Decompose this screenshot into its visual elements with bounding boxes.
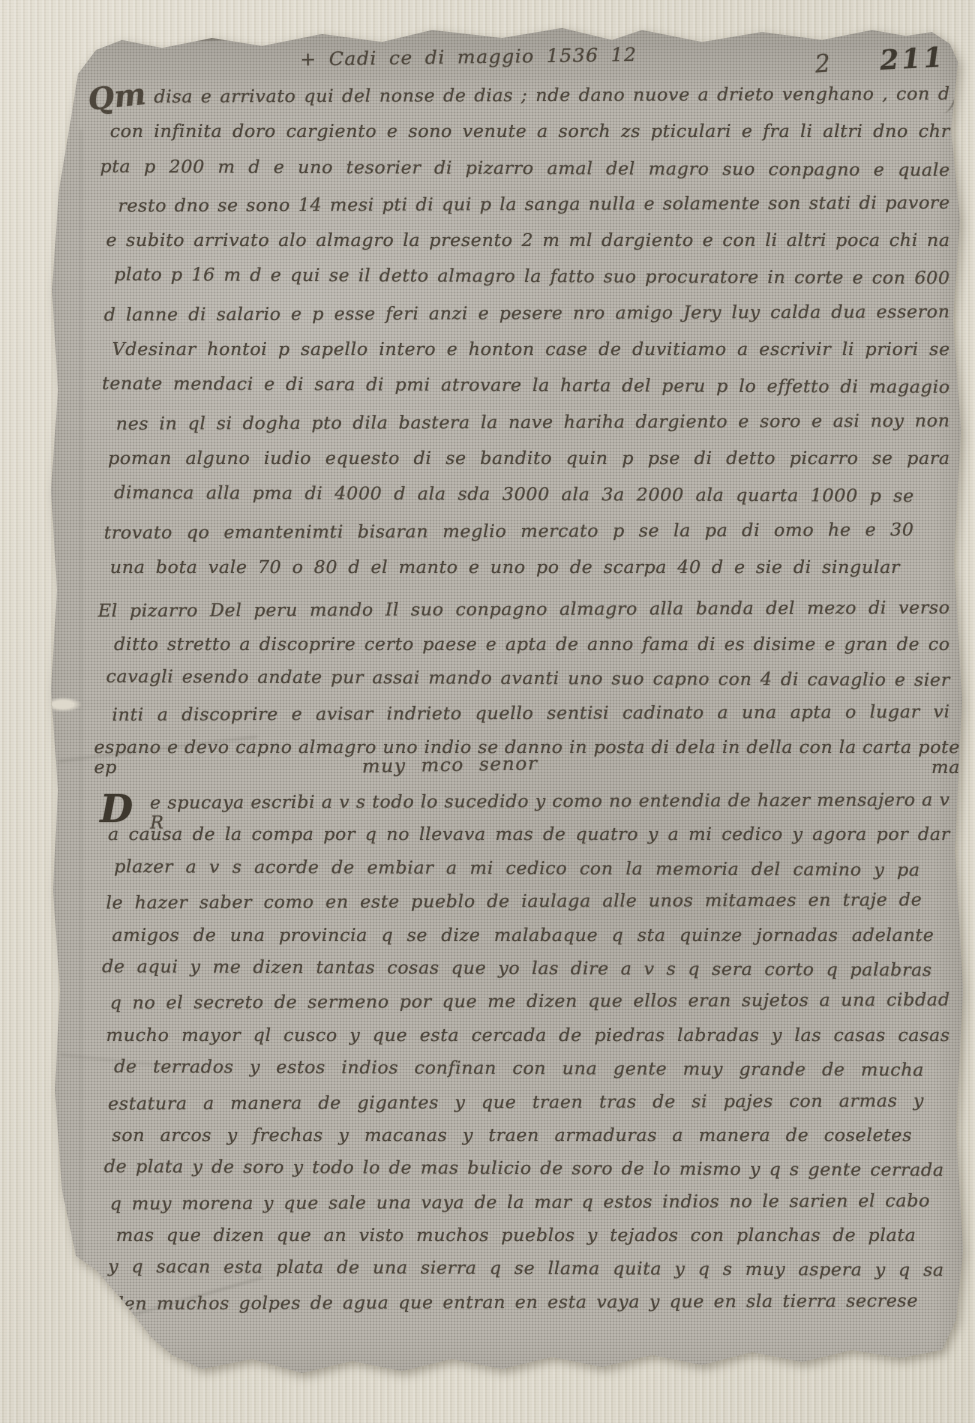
salutation: muy mco senor: [362, 752, 538, 777]
paragraph-spanish: e spucaya escribi a v s todo lo sucedido…: [104, 792, 950, 1326]
manuscript-line: de terrados y estos indios confinan con …: [114, 1057, 924, 1094]
manuscript-line: de plata y de soro y todo lo de mas buli…: [104, 1157, 944, 1194]
manuscript-line: plato p 16 m d e qui se il detto almagro…: [114, 266, 950, 306]
manuscript-photo: + Cadi ce di maggio 1536 12 2 211 Qm dis…: [0, 0, 975, 1423]
manuscript-line: plazer a v s acorde de embiar a mi cedic…: [114, 857, 920, 894]
manuscript-line: mas que dizen que an visto muchos pueblo…: [116, 1226, 916, 1259]
manuscript-line: Vdesinar hontoi p sapello intero e honto…: [112, 340, 950, 376]
manuscript-line: tenate mendaci e di sara di pmi atrovare…: [102, 375, 950, 415]
manuscript-line: dimanca alla pma di 4000 d ala sda 3000 …: [114, 484, 914, 524]
manuscript-line: mucho mayor ql cusco y que esta cercada …: [106, 1026, 950, 1059]
paragraph-italian-2: El pizarro Del peru mando Il suo conpagn…: [104, 600, 950, 773]
manuscript-line: d lanne di salario e p esse feri anzi e …: [104, 302, 950, 342]
paper-sheet: + Cadi ce di maggio 1536 12 2 211 Qm dis…: [0, 0, 975, 1423]
manuscript-line: cavagli esendo andate pur assai mando av…: [106, 667, 950, 705]
manuscript-line: de aqui y me dizen tantas cosas que yo l…: [102, 957, 932, 994]
manuscript-line: a causa de la compa por q no llevava mas…: [108, 825, 950, 858]
bottom-edge-stroke: [822, 1361, 960, 1366]
manuscript-line: una bota vale 70 o 80 d el manto e uno p…: [110, 558, 900, 594]
manuscript-line: e spucaya escribi a v s todo lo sucedido…: [150, 790, 950, 826]
manuscript-line: nes in ql si dogha pto dila bastera la n…: [116, 411, 950, 450]
folio-number-large: 211: [879, 42, 946, 76]
folio-number-small: 2: [814, 50, 831, 79]
manuscript-line: resto dno se sono 14 mesi pti di qui p l…: [118, 193, 950, 232]
dateline: + Cadi ce di maggio 1536 12: [300, 43, 670, 70]
manuscript-line: pta p 200 m d e uno tesorier di pizarro …: [100, 157, 950, 197]
manuscript-line: con infinita doro cargiento e sono venut…: [110, 122, 950, 158]
manuscript-line: trovato qo emantenimti bisaran meglio me…: [104, 520, 914, 559]
manuscript-line: disa e arrivato qui del nonse de dias ; …: [154, 84, 950, 123]
manuscript-line: ditto stretto a discoprire certo paese e…: [114, 635, 950, 670]
manuscript-line: len muchos golpes de agua que entran en …: [118, 1291, 918, 1327]
manuscript-line: son arcos y frechas y macanas y traen ar…: [112, 1126, 912, 1159]
manuscript-line: estatura a manera de gigantes y que trae…: [108, 1091, 924, 1128]
paper-crease: [80, 130, 82, 1310]
manuscript-line: q no el secreto de sermeno por que me di…: [110, 991, 950, 1028]
paper-hole-spot: [44, 697, 82, 712]
paragraph-italian-1: disa e arrivato qui del nonse de dias ; …: [104, 86, 950, 594]
paper-sheet-wrap: + Cadi ce di maggio 1536 12 2 211 Qm dis…: [0, 0, 975, 1423]
manuscript-line: q muy morena y que sale una vaya de la m…: [110, 1191, 930, 1228]
top-edge-smudge: [196, 35, 266, 41]
manuscript-line: le hazer saber como en este pueblo de ia…: [106, 891, 922, 928]
manuscript-line: amigos de una provincia q se dize malaba…: [112, 926, 934, 959]
manuscript-line: y q sacan esta plata de una sierra q se …: [108, 1258, 944, 1295]
manuscript-line: inti a discoprire e avisar indrieto quel…: [112, 702, 950, 740]
manuscript-line: poman alguno iudio equesto di se bandito…: [108, 449, 950, 485]
manuscript-line: e subito arrivato alo almagro la present…: [106, 231, 950, 267]
manuscript-line: El pizarro Del peru mando Il suo conpagn…: [98, 598, 950, 636]
